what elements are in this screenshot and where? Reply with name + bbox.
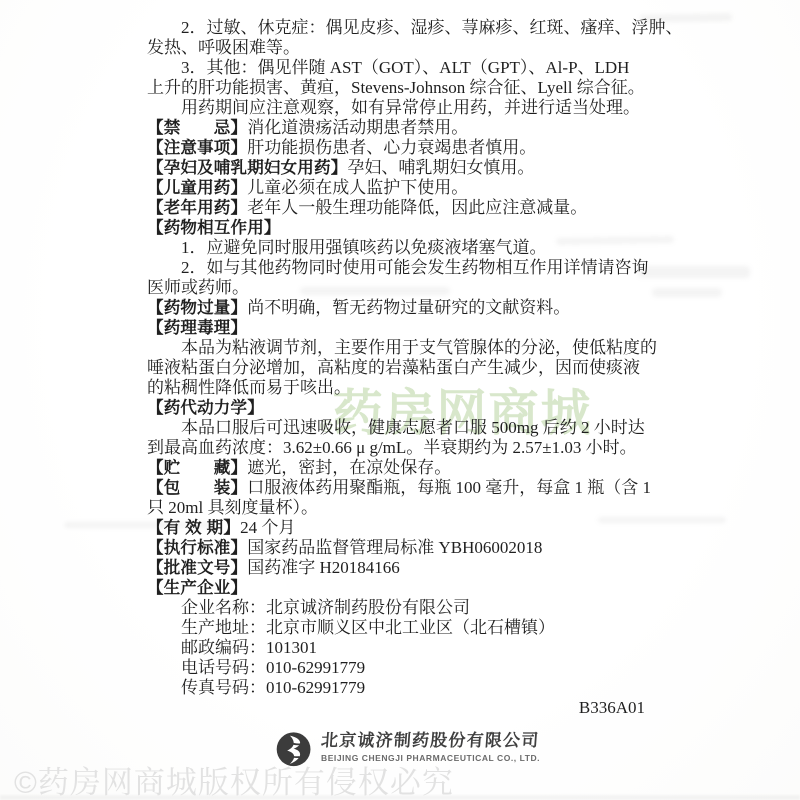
text-line: 生产地址：北京市顺义区中北工业区（北石槽镇） — [147, 618, 722, 638]
section-label: 【禁 忌】 — [147, 119, 247, 137]
line-text: 儿童必须在成人监护下使用。 — [247, 178, 468, 197]
section-label: 【注意事项】 — [147, 139, 247, 157]
section-label: 【贮 藏】 — [147, 459, 247, 477]
line-text: 的粘稠性降低而易于咳出。 — [147, 378, 351, 397]
text-line: 邮政编码：101301 — [147, 638, 722, 658]
line-text: 电话号码：010-62991779 — [181, 658, 365, 677]
line-text: 传真号码：010-62991779 — [181, 678, 365, 697]
section-label: 【包 装】 — [147, 479, 247, 497]
section-line: 【药物过量】尚不明确，暂无药物过量研究的文献资料。 — [147, 298, 722, 318]
text-line: 本品为粘液调节剂，主要作用于支气管腺体的分泌，使低粘度的 — [147, 338, 722, 358]
section-line: 【批准文号】国药准字 H20184166 — [147, 558, 722, 578]
section-label: 【药理毒理】 — [147, 319, 247, 337]
line-text: 用药期间应注意观察，如有异常停止用药，并进行适当处理。 — [181, 98, 640, 117]
section-line: 【禁 忌】消化道溃疡活动期患者禁用。 — [147, 118, 722, 138]
line-text: 邮政编码：101301 — [181, 638, 317, 657]
line-text: 遮光，密封，在凉处保存。 — [247, 458, 451, 477]
text-line: 传真号码：010-62991779 — [147, 678, 722, 698]
text-line: 本品口服后可迅速吸收，健康志愿者口服 500mg 后约 2 小时达 — [147, 418, 722, 438]
section-label: 【药物相互作用】 — [147, 219, 281, 237]
section-line: 【有 效 期】24 个月 — [147, 518, 722, 538]
section-line: 【老年用药】老年人一般生理功能降低，因此应注意减量。 — [147, 198, 722, 218]
line-text: 本品口服后可迅速吸收，健康志愿者口服 500mg 后约 2 小时达 — [181, 418, 645, 437]
section-line: 【药物相互作用】 — [147, 218, 722, 238]
text-line: 1．应避免同时服用强镇咳药以免痰液堵塞气道。 — [147, 238, 722, 258]
section-label: 【儿童用药】 — [147, 179, 247, 197]
drug-insert-page: ©药房网商城 2．过敏、休克症：偶见皮疹、湿疹、荨麻疹、红斑、瘙痒、浮肿、发热、… — [0, 0, 800, 800]
section-line: 【注意事项】肝功能损伤患者、心力衰竭患者慎用。 — [147, 138, 722, 158]
text-line: 的粘稠性降低而易于咳出。 — [147, 378, 722, 398]
line-text: 2．过敏、休克症：偶见皮疹、湿疹、荨麻疹、红斑、瘙痒、浮肿、 — [181, 18, 683, 37]
text-line: 用药期间应注意观察，如有异常停止用药，并进行适当处理。 — [147, 98, 722, 118]
section-line: 【执行标准】国家药品监督管理局标准 YBH06002018 — [147, 538, 722, 558]
section-label: 【生产企业】 — [147, 579, 247, 597]
line-text: 到最高血药浓度：3.62±0.66 μ g/mL。半衰期约为 2.57±1.03… — [147, 438, 637, 457]
line-text: 24 个月 — [240, 518, 295, 537]
section-label: 【药代动力学】 — [147, 399, 264, 417]
company-name-cn: 北京诚济制药股份有限公司 — [320, 730, 541, 752]
line-text: 肝功能损伤患者、心力衰竭患者慎用。 — [247, 138, 536, 157]
text-line: 唾液粘蛋白分泌增加，高粘度的岩藻粘蛋白产生减少，因而使痰液 — [147, 358, 722, 378]
section-line: 【儿童用药】儿童必须在成人监护下使用。 — [147, 178, 722, 198]
text-line: 上升的肝功能损害、黄疸，Stevens-Johnson 综合征、Lyell 综合… — [147, 78, 722, 98]
line-text: 本品为粘液调节剂，主要作用于支气管腺体的分泌，使低粘度的 — [181, 338, 657, 357]
manufacturer-footer: 北京诚济制药股份有限公司 BEIJING CHENGJI PHARMACEUTI… — [276, 730, 540, 773]
line-text: 发热、呼吸困难等。 — [147, 38, 300, 57]
line-text: 老年人一般生理功能降低，因此应注意减量。 — [247, 198, 587, 217]
section-line: 【贮 藏】遮光，密封，在凉处保存。 — [147, 458, 722, 478]
chengji-pharma-logo-icon — [276, 731, 313, 773]
line-text: 口服液体药用聚酯瓶，每瓶 100 毫升，每盒 1 瓶（含 1 — [247, 478, 651, 497]
section-label: 【执行标准】 — [147, 539, 247, 557]
text-line: 医师或药师。 — [147, 278, 722, 298]
section-label: 【孕妇及哺乳期妇女用药】 — [147, 159, 347, 177]
text-line: 3．其他：偶见伴随 AST（GOT）、ALT（GPT）、Al-P、LDH — [147, 58, 722, 78]
line-text: 只 20ml 具刻度量杯）。 — [147, 498, 318, 517]
section-label: 【药物过量】 — [147, 299, 247, 317]
line-text: 2．如与其他药物同时使用可能会发生药物相互作用详情请咨询 — [181, 258, 649, 277]
text-line: 到最高血药浓度：3.62±0.66 μ g/mL。半衰期约为 2.57±1.03… — [147, 438, 722, 458]
document-lines: 2．过敏、休克症：偶见皮疹、湿疹、荨麻疹、红斑、瘙痒、浮肿、发热、呼吸困难等。3… — [147, 18, 722, 718]
text-line: 2．过敏、休克症：偶见皮疹、湿疹、荨麻疹、红斑、瘙痒、浮肿、 — [147, 18, 722, 38]
section-line: 【包 装】口服液体药用聚酯瓶，每瓶 100 毫升，每盒 1 瓶（含 1 — [147, 478, 722, 498]
section-label: 【老年用药】 — [147, 199, 247, 217]
line-text: 上升的肝功能损害、黄疸，Stevens-Johnson 综合征、Lyell 综合… — [147, 78, 645, 97]
line-text: 生产地址：北京市顺义区中北工业区（北石槽镇） — [181, 618, 555, 637]
line-text: B336A01 — [579, 698, 645, 717]
section-label: 【有 效 期】 — [147, 519, 240, 537]
company-name-block: 北京诚济制药股份有限公司 BEIJING CHENGJI PHARMACEUTI… — [321, 730, 540, 763]
line-text: 消化道溃疡活动期患者禁用。 — [247, 118, 468, 137]
section-line: 【孕妇及哺乳期妇女用药】孕妇、哺乳期妇女慎用。 — [147, 158, 722, 178]
section-line: 【药理毒理】 — [147, 318, 722, 338]
text-line: 只 20ml 具刻度量杯）。 — [147, 498, 722, 518]
section-line: 【药代动力学】 — [147, 398, 722, 418]
line-text: 孕妇、哺乳期妇女慎用。 — [347, 158, 534, 177]
line-text: 国药准字 H20184166 — [247, 558, 400, 577]
text-line: 2．如与其他药物同时使用可能会发生药物相互作用详情请咨询 — [147, 258, 722, 278]
line-text: 唾液粘蛋白分泌增加，高粘度的岩藻粘蛋白产生减少，因而使痰液 — [147, 358, 640, 377]
line-text: 1．应避免同时服用强镇咳药以免痰液堵塞气道。 — [181, 238, 547, 257]
line-text: 3．其他：偶见伴随 AST（GOT）、ALT（GPT）、Al-P、LDH — [181, 58, 629, 77]
section-line: 【生产企业】 — [147, 578, 722, 598]
line-text: 尚不明确，暂无药物过量研究的文献资料。 — [247, 298, 570, 317]
line-text: 医师或药师。 — [147, 278, 249, 297]
text-line: 企业名称：北京诚济制药股份有限公司 — [147, 598, 722, 618]
line-text: 企业名称：北京诚济制药股份有限公司 — [181, 598, 470, 617]
text-line: 发热、呼吸困难等。 — [147, 38, 722, 58]
text-line: B336A01 — [147, 698, 722, 718]
section-label: 【批准文号】 — [147, 559, 247, 577]
text-line: 电话号码：010-62991779 — [147, 658, 722, 678]
company-name-en: BEIJING CHENGJI PHARMACEUTICAL CO., LTD. — [321, 753, 540, 763]
line-text: 国家药品监督管理局标准 YBH06002018 — [247, 538, 542, 557]
